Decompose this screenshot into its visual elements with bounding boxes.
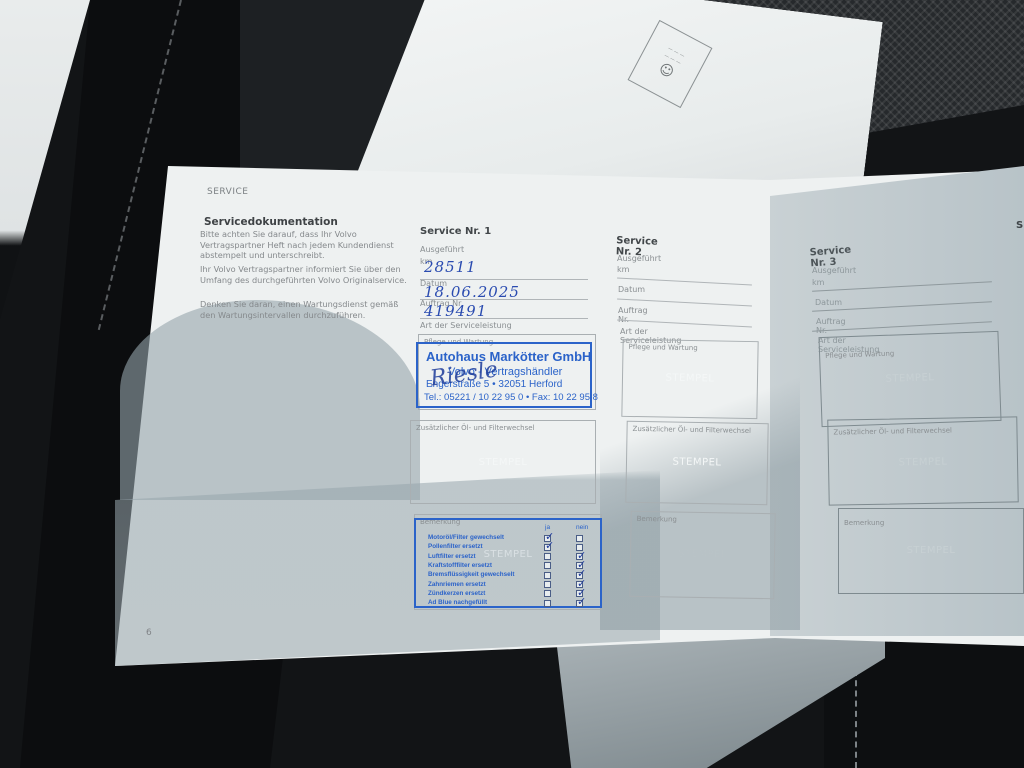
oil-filter-box: Zusätzlicher Öl- und Filterwechsel STEMP…: [625, 421, 768, 505]
service-title: Service Nr. 1: [420, 226, 491, 237]
stamp-placeholder: STEMPEL: [829, 455, 1017, 469]
intro-paragraph-1: Bitte achten Sie darauf, dass Ihr Volvo …: [200, 229, 412, 261]
checkmark-icon: ✓: [545, 542, 554, 550]
col-no: nein: [576, 524, 588, 531]
checkbox-yes: [544, 562, 551, 569]
service-type-label: Art der Serviceleistung: [420, 321, 512, 330]
checkmark-icon: ✓: [577, 598, 586, 606]
km-label: km: [812, 278, 824, 287]
checklist-item: Bremsflüssigkeit gewechselt: [428, 571, 514, 578]
remark-box: Bemerkung STEMPEL: [629, 511, 775, 600]
checkbox-yes: [544, 581, 551, 588]
performed-label: Ausgeführt: [420, 245, 464, 254]
checkbox-yes: [544, 553, 551, 560]
divider: [420, 318, 588, 319]
intro-paragraph-3: Denken Sie daran, einen Wartungsdienst g…: [200, 299, 412, 320]
checklist-item: Motoröl/Filter gewechselt: [428, 534, 504, 541]
stamp-placeholder: STEMPEL: [821, 370, 999, 387]
service-title-4: S: [1016, 220, 1023, 231]
checkbox-yes: [544, 590, 551, 597]
performed-label: Ausgeführt: [617, 254, 661, 263]
box-label: Zusätzlicher Öl- und Filterwechsel: [833, 426, 952, 436]
page-number: 6: [146, 628, 152, 638]
box-label: Zusätzlicher Öl- und Filterwechsel: [633, 425, 752, 435]
remark-box: Bemerkung STEMPEL: [838, 508, 1024, 594]
intro-paragraph-2: Ihr Volvo Vertragspartner informiert Sie…: [200, 264, 412, 285]
dealer-company: Autohaus Markötter GmbH: [426, 349, 591, 364]
date-label: Datum: [815, 298, 842, 307]
checklist-stamp: ja nein Motoröl/Filter gewechselt✓Pollen…: [414, 518, 602, 608]
oil-filter-box: Zusätzlicher Öl- und Filterwechsel STEMP…: [827, 416, 1018, 505]
stamp-placeholder: STEMPEL: [411, 457, 595, 468]
box-label: Zusätzlicher Öl- und Filterwechsel: [416, 424, 534, 432]
oil-filter-box: Zusätzlicher Öl- und Filterwechsel STEMP…: [410, 420, 596, 504]
box-label: Pflege und Wartung: [628, 343, 697, 352]
checklist-item: Pollenfilter ersetzt: [428, 543, 483, 550]
seat-stitching-right: [855, 670, 859, 768]
stamp-placeholder: STEMPEL: [627, 456, 767, 469]
checkbox-yes: [544, 600, 551, 607]
stamp-placeholder: STEMPEL: [631, 548, 774, 561]
stamp-placeholder: STEMPEL: [623, 372, 757, 385]
checklist-item: Ad Blue nachgefüllt: [428, 599, 487, 606]
checklist-item: Kraftstofffilter ersetzt: [428, 562, 492, 569]
checkmark-icon: ✓: [577, 570, 586, 578]
checklist-item: Zündkerzen ersetzt: [428, 590, 485, 597]
section-label: SERVICE: [207, 187, 248, 197]
date-label: Datum: [618, 285, 645, 294]
checklist-item: Luftfilter ersetzt: [428, 553, 476, 560]
km-value: 28511: [424, 258, 477, 276]
dealer-phone: Tel.: 05221 / 10 22 95 0 • Fax: 10 22 95…: [424, 392, 598, 403]
care-maintenance-box: Pflege und Wartung STEMPEL: [621, 339, 758, 419]
box-label: Bemerkung: [637, 515, 677, 524]
checkbox-no: [576, 535, 583, 542]
col-yes: ja: [545, 524, 550, 531]
box-label: Pflege und Wartung: [825, 350, 894, 360]
page-title: Servicedokumentation: [204, 216, 338, 228]
box-label: Bemerkung: [844, 519, 884, 527]
checkbox-yes: [544, 572, 551, 579]
km-label: km: [617, 265, 629, 274]
stamp-placeholder: STEMPEL: [839, 545, 1023, 556]
care-maintenance-box: Pflege und Wartung STEMPEL: [818, 331, 1001, 427]
performed-label: Ausgeführt: [812, 266, 856, 275]
checklist-item: Zahnriemen ersetzt: [428, 581, 486, 588]
order-no-label: Auftrag Nr.: [816, 317, 846, 335]
